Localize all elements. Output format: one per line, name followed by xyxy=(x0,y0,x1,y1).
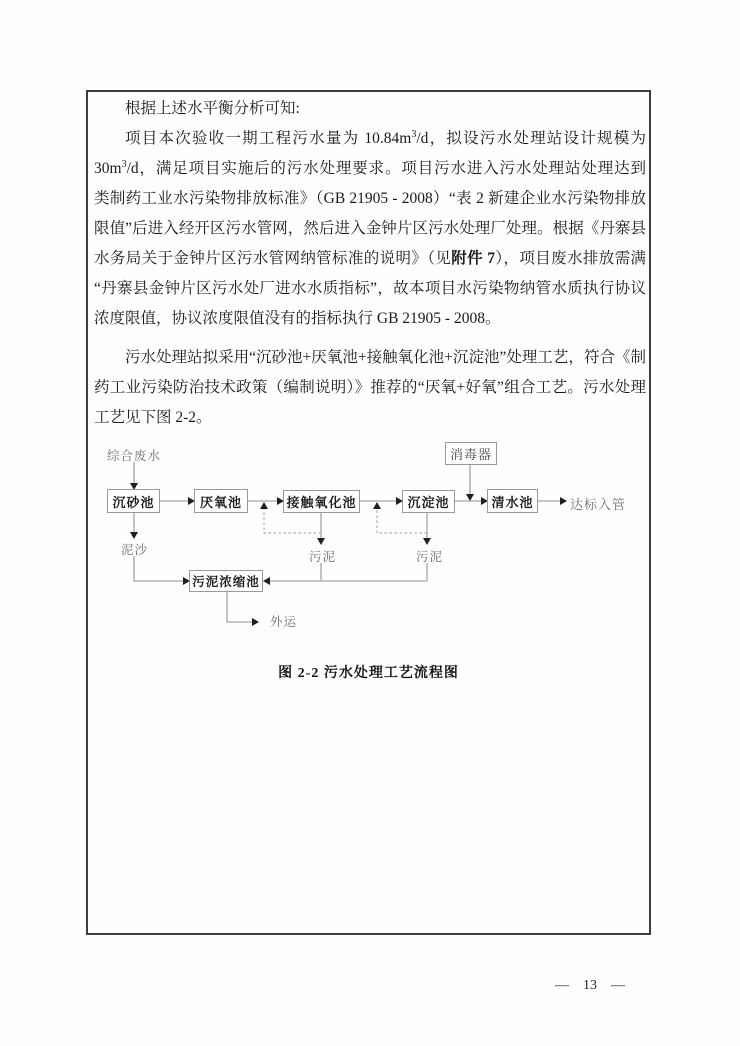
paragraph-line: 水务局关于金钟片区污水管网纳管标准的说明》（见附件 7），项目废水排放需满足 xyxy=(94,244,646,274)
text-segment: 水务局关于金钟片区污水管网纳管标准的说明》（见 xyxy=(94,250,451,267)
paragraph-line: 污水处理站拟采用“沉砂池+厌氧池+接触氧化池+沉淀池”处理工艺，符合《制 xyxy=(94,343,646,373)
text-segment: 项目本次验收一期工程污水量为 10.84m xyxy=(125,130,411,147)
transport-out-label: 外运 xyxy=(270,612,297,630)
text-segment: /d，满足项目实施后的污水处理要求。项目污水进入污水处理站处理达到《提取 xyxy=(94,160,646,184)
paragraph-line: 类制药工业水污染物排放标准》（GB 21905 - 2008）“表 2 新建企业… xyxy=(94,184,646,214)
document-page: 根据上述水平衡分析可知: 项目本次验收一期工程污水量为 10.84m3/d，拟设… xyxy=(0,0,740,1046)
paragraph-line: 30m3/d，满足项目实施后的污水处理要求。项目污水进入污水处理站处理达到《提取 xyxy=(94,154,646,184)
grit-chamber-box: 沉砂池 xyxy=(107,489,160,513)
disinfector-box: 消毒器 xyxy=(445,442,497,465)
outlet-label: 达标入管 xyxy=(570,494,626,513)
figure-caption: 图 2-2 污水处理工艺流程图 xyxy=(86,662,651,682)
paragraph-line: 项目本次验收一期工程污水量为 10.84m3/d，拟设污水处理站设计规模为 xyxy=(94,124,646,154)
text-segment: 30m xyxy=(94,160,122,177)
sludge-label: 污泥 xyxy=(309,547,336,565)
contact-oxidation-tank-box: 接触氧化池 xyxy=(283,490,360,513)
sand-label: 泥沙 xyxy=(121,540,148,558)
paragraph-line: “丹寨县金钟片区污水处厂进水水质指标”，故本项目水污染物纳管水质执行协议 xyxy=(94,274,646,304)
paragraph-line: 限值”后进入经开区污水管网，然后进入金钟片区污水处理厂处理。根据《丹寨县 xyxy=(94,214,646,244)
paragraph-line: 工艺见下图 2-2。 xyxy=(94,403,646,433)
page-footer: — 13 — xyxy=(540,978,640,994)
footer-dash: — xyxy=(555,978,569,994)
paragraph-intro: 根据上述水平衡分析可知: xyxy=(94,94,646,124)
text-segment: /d，拟设污水处理站设计规模为 xyxy=(416,130,646,147)
attachment-7-reference: 附件 7 xyxy=(451,250,495,267)
page-number: 13 xyxy=(583,978,597,994)
sludge-label: 污泥 xyxy=(416,547,443,565)
source-wastewater-label: 综合废水 xyxy=(107,446,161,464)
body-text: 根据上述水平衡分析可知: 项目本次验收一期工程污水量为 10.84m3/d，拟设… xyxy=(94,94,646,433)
footer-dash: — xyxy=(611,978,625,994)
anaerobic-tank-box: 厌氧池 xyxy=(194,489,248,513)
sedimentation-tank-box: 沉淀池 xyxy=(402,490,455,513)
flow-diagram-connectors xyxy=(86,435,651,635)
clear-water-tank-box: 清水池 xyxy=(487,489,538,513)
sludge-thickener-box: 污泥浓缩池 xyxy=(189,570,263,592)
paragraph-line: 药工业污染防治技术政策（编制说明）》推荐的“厌氧+好氧”组合工艺。污水处理 xyxy=(94,373,646,403)
paragraph-line: 浓度限值，协议浓度限值没有的指标执行 GB 21905 - 2008。 xyxy=(94,304,646,334)
